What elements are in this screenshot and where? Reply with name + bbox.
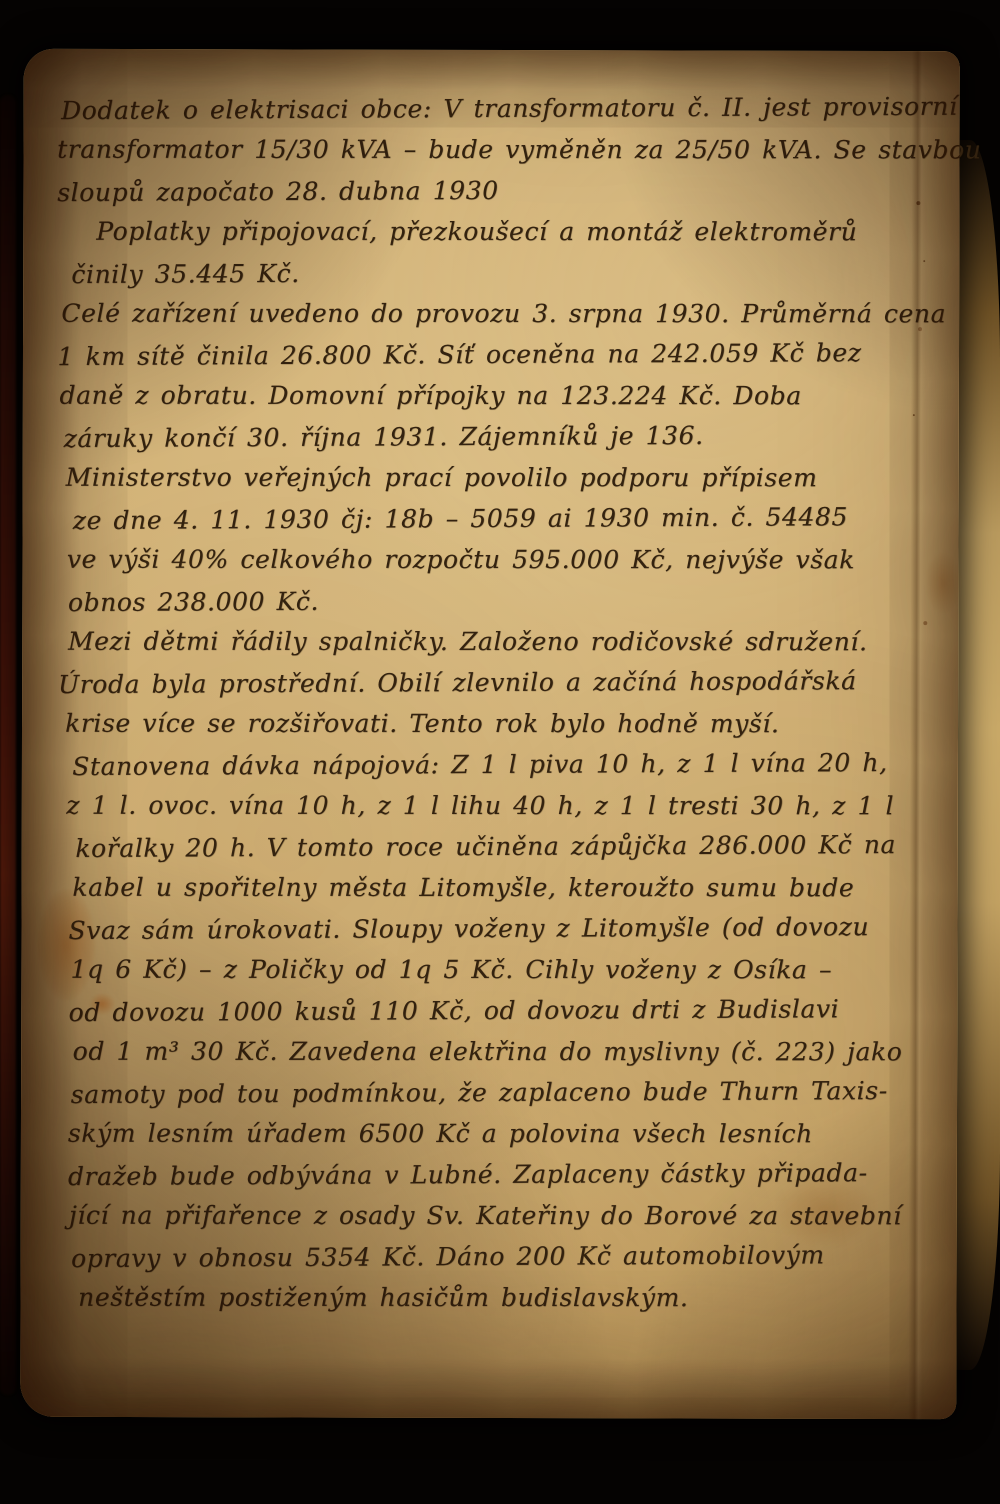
handwritten-text: Dodatek o elektrisaci obce: V transforma… [57,87,919,1318]
text-line: 1q 6 Kč) – z Poličky od 1q 5 Kč. Cihly v… [59,949,919,991]
text-line: Úroda byla prostřední. Obilí zlevnilo a … [58,660,918,705]
text-line: Ministerstvo veřejných prací povolilo po… [58,457,918,499]
text-line: dražeb bude odbývána v Lubné. Zaplaceny … [59,1152,919,1197]
text-line: sloupů započato 28. dubna 1930 [57,168,917,213]
text-line: obnos 238.000 Kč. [58,578,918,623]
text-line: jící na přifařence z osady Sv. Kateřiny … [59,1195,919,1237]
text-line: ve výši 40% celkového rozpočtu 595.000 K… [58,539,918,581]
text-line: kabel u spořitelny města Litomyšle, kter… [58,867,918,909]
text-line: opravy v obnosu 5354 Kč. Dáno 200 Kč aut… [59,1234,919,1279]
text-line: Stanovena dávka nápojová: Z 1 l piva 10 … [58,742,918,787]
text-line: kořalky 20 h. V tomto roce učiněna zápůj… [58,824,918,869]
text-line: ským lesním úřadem 6500 Kč a polovina vš… [59,1113,919,1155]
paper-stain [924,551,962,615]
text-line: od 1 m³ 30 Kč. Zavedena elektřina do mys… [59,1031,919,1073]
text-line: Svaz sám úrokovati. Sloupy voženy z Lito… [58,906,918,951]
chronicle-page: Dodatek o elektrisaci obce: V transforma… [20,49,960,1419]
text-line: neštěstím postiženým hasičům budislavský… [59,1277,919,1319]
text-line: záruky končí 30. října 1931. Zájemníků j… [58,414,918,459]
text-line: Poplatky připojovací, přezkoušecí a mont… [57,211,917,253]
text-line: od dovozu 1000 kusů 110 Kč, od dovozu dr… [59,988,919,1033]
text-line: samoty pod tou podmínkou, že zaplaceno b… [59,1070,919,1115]
text-line: transformator 15/30 kVA – bude vyměněn z… [57,129,917,171]
text-line: Celé zařízení uvedeno do provozu 3. srpn… [57,293,917,335]
text-line: činily 35.445 Kč. [57,250,917,295]
text-line: krise více se rozšiřovati. Tento rok byl… [58,703,918,745]
photo-background: Dodatek o elektrisaci obce: V transforma… [0,0,1000,1504]
text-line: Dodatek o elektrisaci obce: V transforma… [57,86,917,131]
text-line: daně z obratu. Domovní přípojky na 123.2… [58,375,918,417]
book-cover-edge [0,95,16,1395]
text-line: z 1 l. ovoc. vína 10 h, z 1 l lihu 40 h,… [58,785,918,827]
text-line: Mezi dětmi řádily spalničky. Založeno ro… [58,621,918,663]
text-line: 1 km sítě činila 26.800 Kč. Síť oceněna … [57,332,917,377]
text-line: ze dne 4. 11. 1930 čj: 18b – 5059 ai 193… [58,496,918,541]
